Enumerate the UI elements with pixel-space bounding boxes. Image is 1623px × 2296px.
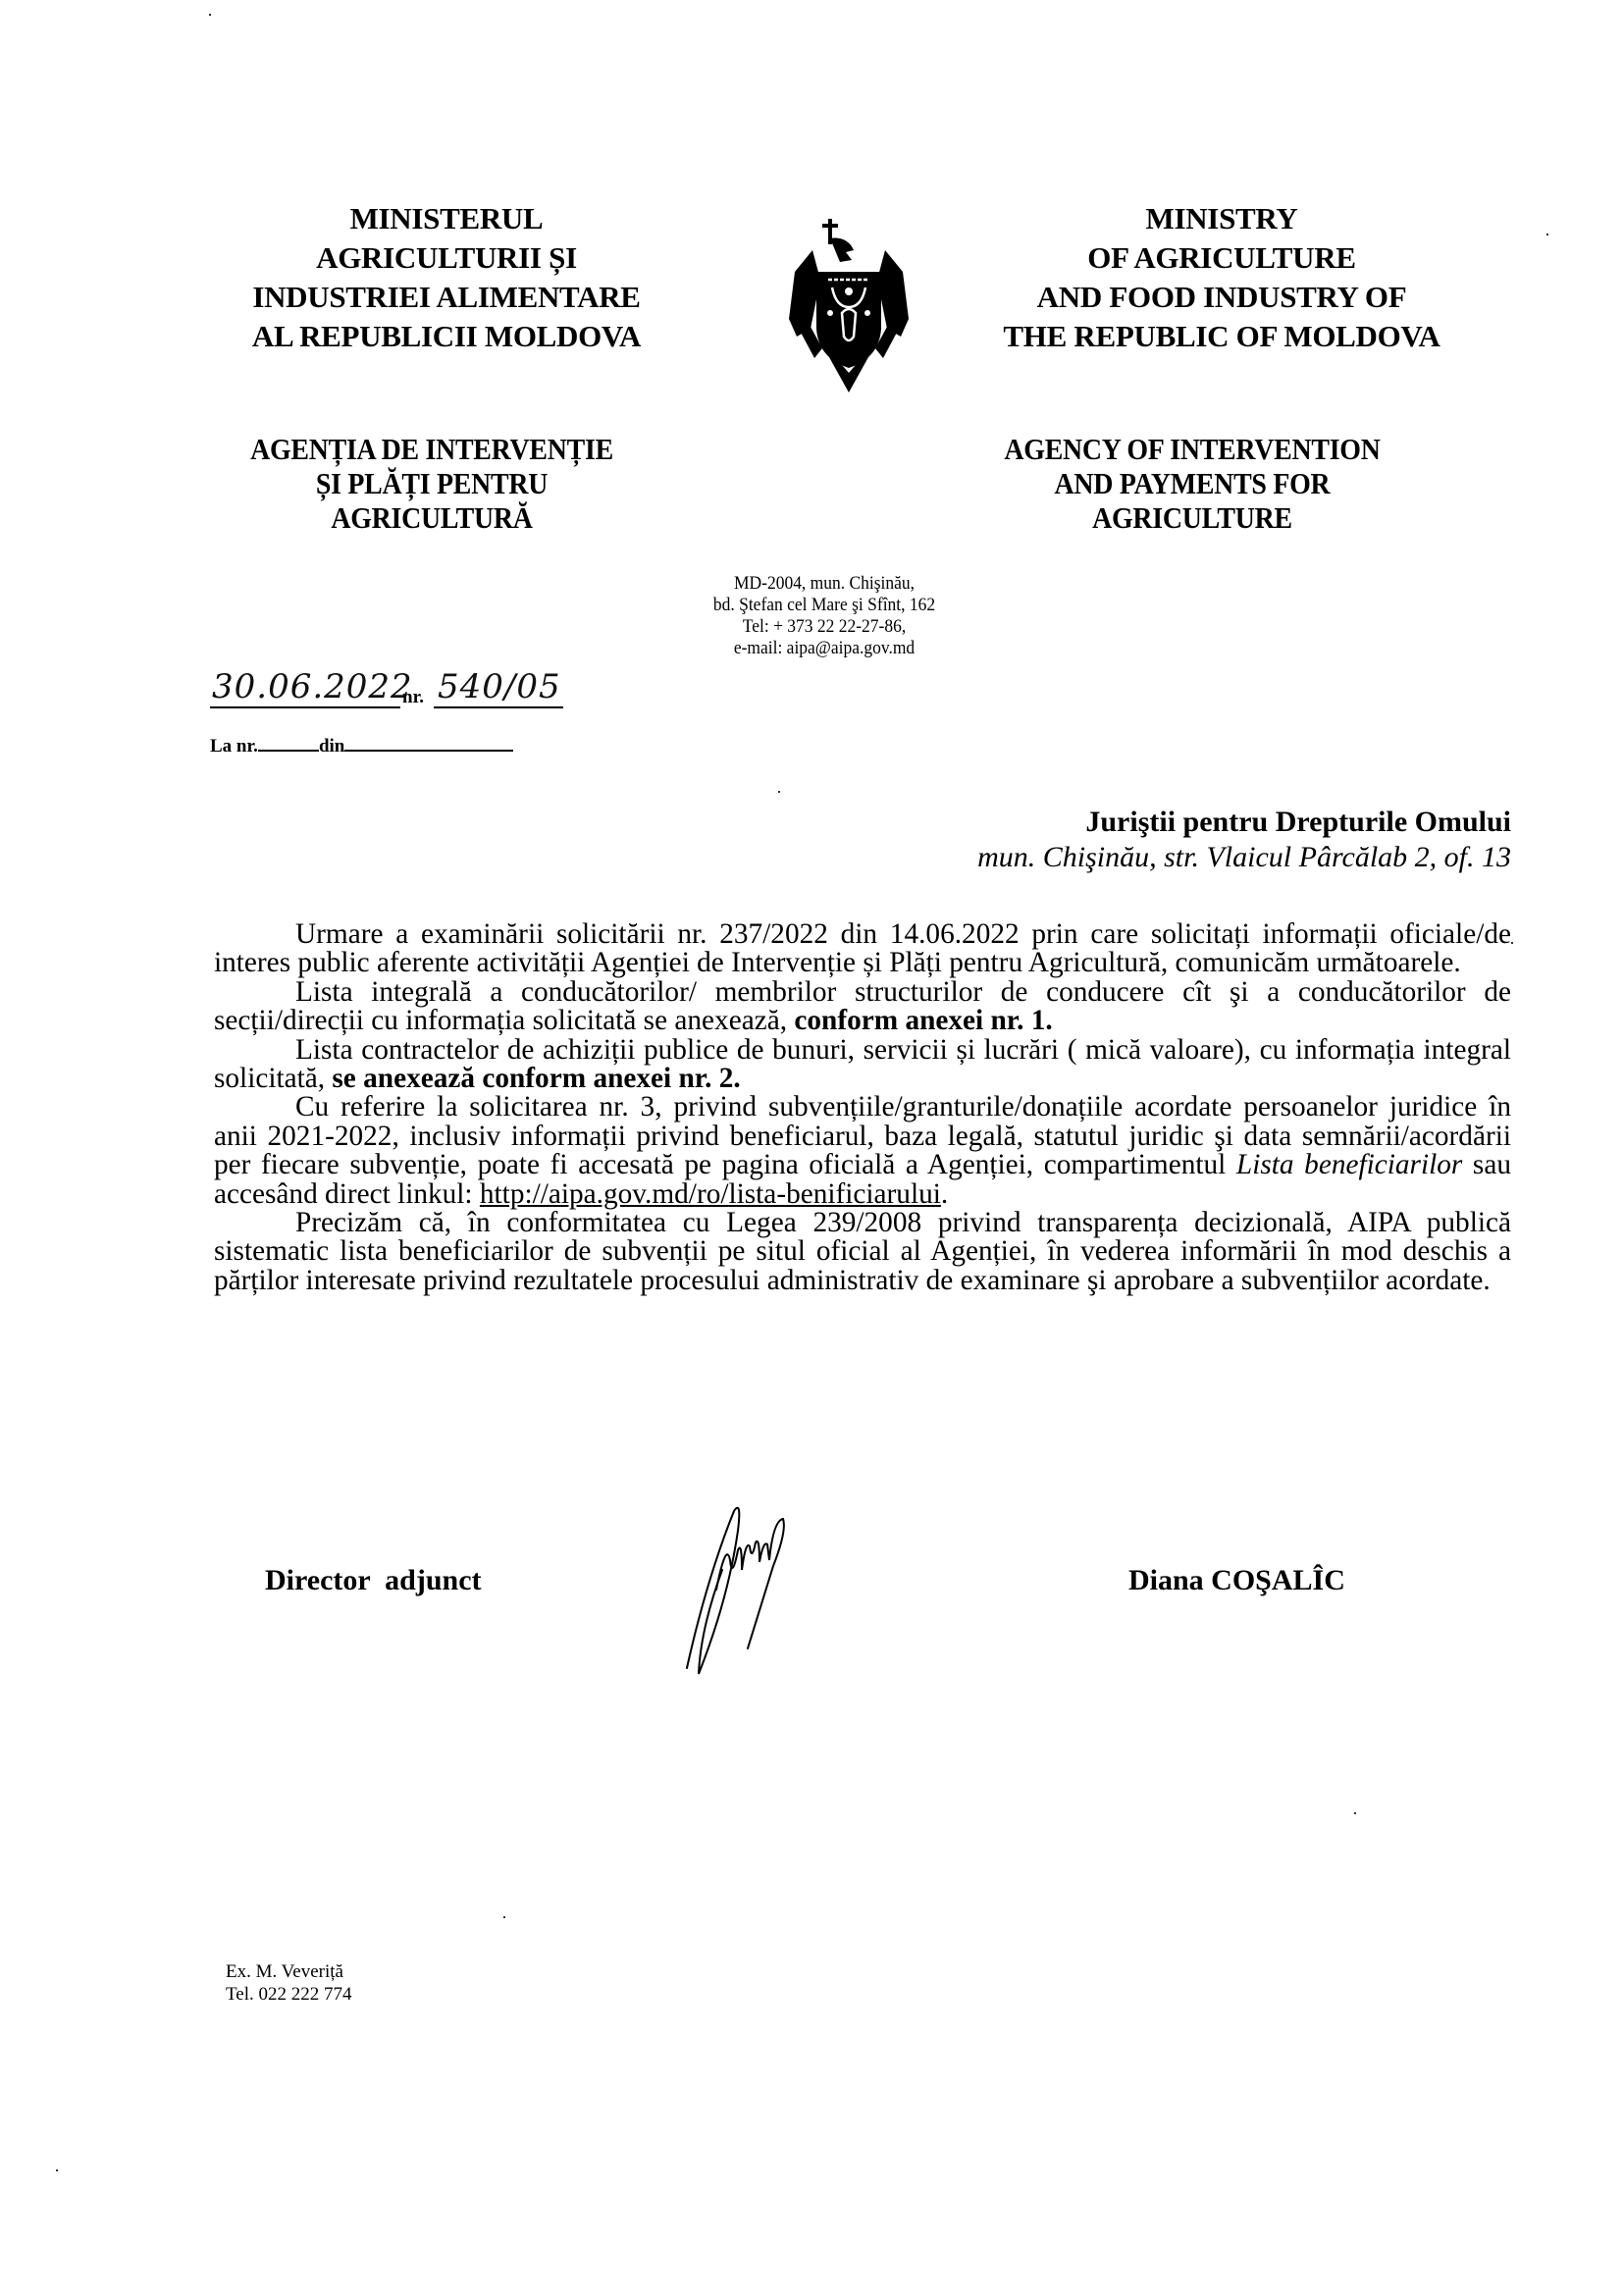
ministry-name-ro: MINISTERUL AGRICULTURII ȘI INDUSTRIEI AL… <box>191 199 702 356</box>
scan-speck <box>209 14 211 16</box>
handwritten-signature-icon <box>677 1501 913 1697</box>
paragraph: Precizăm că, în conformitatea cu Legea 2… <box>214 1209 1511 1295</box>
ministry-ro-line: AL REPUBLICII MOLDOVA <box>191 317 702 356</box>
paragraph: Lista integrală a conducătorilor/ membri… <box>214 978 1511 1036</box>
paragraph: Cu referire la solicitarea nr. 3, privin… <box>214 1093 1511 1209</box>
agency-name-en: AGENCY OF INTERVENTION AND PAYMENTS FOR … <box>945 432 1440 535</box>
moldova-coat-of-arms-icon <box>785 211 913 397</box>
agency-en-line: AGENCY OF INTERVENTION <box>945 432 1440 466</box>
ministry-name-en: MINISTRY OF AGRICULTURE AND FOOD INDUSTR… <box>957 199 1487 356</box>
paragraph: Lista contractelor de achiziții publice … <box>214 1036 1511 1094</box>
ministry-ro-line: AGRICULTURII ȘI <box>191 238 702 278</box>
ref-din-label: din <box>319 736 344 757</box>
signatory-name: Diana COŞALÎC <box>1128 1564 1345 1597</box>
ref-nr-blank <box>258 734 319 752</box>
agency-ro-line: AGENȚIA DE INTERVENȚIE <box>189 432 675 466</box>
ref-din-blank <box>344 734 513 752</box>
scan-speck <box>56 2169 58 2171</box>
ministry-ro-line: MINISTERUL <box>191 199 702 238</box>
number-underline <box>434 706 563 708</box>
scan-speck <box>1511 942 1513 944</box>
recipient-name: Juriştii pentru Drepturile Omului <box>864 805 1511 840</box>
executor-info: Ex. M. Veveriță Tel. 022 222 774 <box>226 1960 352 2006</box>
address-line: e-mail: aipa@aipa.gov.md <box>661 638 986 659</box>
recipient-block: Juriştii pentru Drepturile Omului mun. C… <box>864 805 1511 875</box>
registration-date: 30.06.2022 <box>212 667 413 706</box>
address-line: bd. Ştefan cel Mare şi Sfînt, 162 <box>661 595 986 616</box>
reference-line: La nr.din <box>210 734 563 757</box>
date-underline <box>210 706 400 708</box>
ministry-ro-line: INDUSTRIEI ALIMENTARE <box>191 278 702 317</box>
paragraph-text: . <box>941 1178 948 1210</box>
ref-nr-label: La nr. <box>210 736 258 757</box>
ministry-en-line: OF AGRICULTURE <box>957 238 1487 278</box>
registration-number: 30.06.2022 nr. 540/05 <box>210 659 563 714</box>
scan-speck <box>1354 1812 1356 1814</box>
section-name: Lista beneficiarilor <box>1236 1149 1462 1180</box>
annex-reference: se anexează conform anexei nr. 2. <box>332 1063 740 1094</box>
recipient-address: mun. Chişinău, str. Vlaicul Pârcălab 2, … <box>864 840 1511 875</box>
scan-speck <box>1546 234 1548 235</box>
scan-speck <box>778 791 780 793</box>
agency-en-line: AND PAYMENTS FOR <box>945 466 1440 500</box>
registration-number-value: 540/05 <box>438 667 561 706</box>
address-line: Tel: + 373 22 22-27-86, <box>661 616 986 638</box>
address-line: MD-2004, mun. Chişinău, <box>661 573 986 595</box>
nr-label: nr. <box>402 687 424 708</box>
agency-ro-line: AGRICULTURĂ <box>189 500 675 535</box>
ministry-en-line: AND FOOD INDUSTRY OF <box>957 278 1487 317</box>
ministry-en-line: MINISTRY <box>957 199 1487 238</box>
executor-phone: Tel. 022 222 774 <box>226 1983 352 2006</box>
agency-en-line: AGRICULTURE <box>945 500 1440 535</box>
executor-name: Ex. M. Veveriță <box>226 1960 352 1983</box>
ministry-en-line: THE REPUBLIC OF MOLDOVA <box>957 317 1487 356</box>
agency-ro-line: ȘI PLĂȚI PENTRU <box>189 466 675 500</box>
agency-address: MD-2004, mun. Chişinău, bd. Ştefan cel M… <box>661 573 986 659</box>
paragraph: Urmare a examinării solicitării nr. 237/… <box>214 920 1511 978</box>
annex-reference: conform anexei nr. 1. <box>794 1005 1052 1036</box>
signatory-title: Director adjunct <box>265 1564 482 1597</box>
scan-speck <box>503 1916 505 1918</box>
agency-name-ro: AGENȚIA DE INTERVENȚIE ȘI PLĂȚI PENTRU A… <box>189 432 675 535</box>
letter-body: Urmare a examinării solicitării nr. 237/… <box>214 920 1511 1295</box>
beneficiaries-link[interactable]: http://aipa.gov.md/ro/lista-benificiarul… <box>480 1178 941 1210</box>
